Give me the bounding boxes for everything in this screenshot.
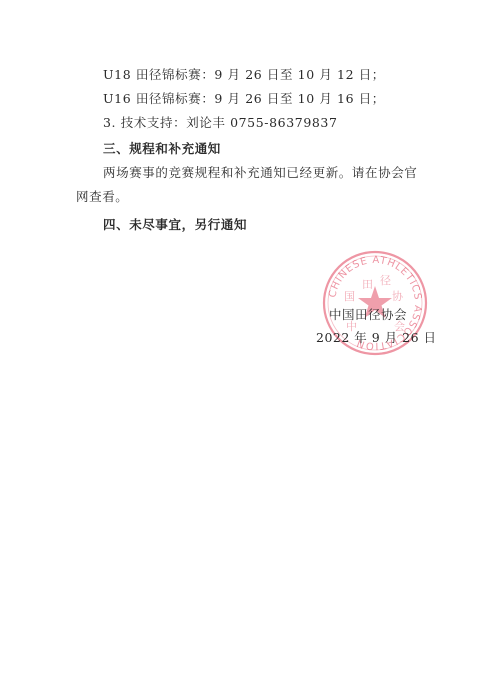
section-4-heading: 四、未尽事宜，另行通知: [103, 217, 247, 233]
tech-support-contact: 3. 技术支持：刘论丰 0755-86379837: [103, 115, 338, 131]
section-3-heading: 三、规程和补充通知: [103, 141, 221, 157]
section-3-paragraph-line2: 网查看。: [76, 189, 128, 205]
svg-text:国: 国: [344, 290, 355, 303]
signature-organization: 中国田径协会: [329, 307, 407, 323]
signature-date: 2022 年 9 月 26 日: [316, 330, 437, 346]
schedule-u16: U16 田径锦标赛：9 月 26 日至 10 月 16 日；: [103, 91, 385, 107]
svg-text:协: 协: [392, 289, 404, 303]
svg-text:田: 田: [362, 278, 373, 291]
section-3-paragraph-line1: 两场赛事的竞赛规程和补充通知已经更新。请在协会官: [103, 165, 417, 181]
schedule-u18: U18 田径锦标赛：9 月 26 日至 10 月 12 日；: [103, 67, 385, 83]
svg-text:径: 径: [380, 274, 391, 287]
